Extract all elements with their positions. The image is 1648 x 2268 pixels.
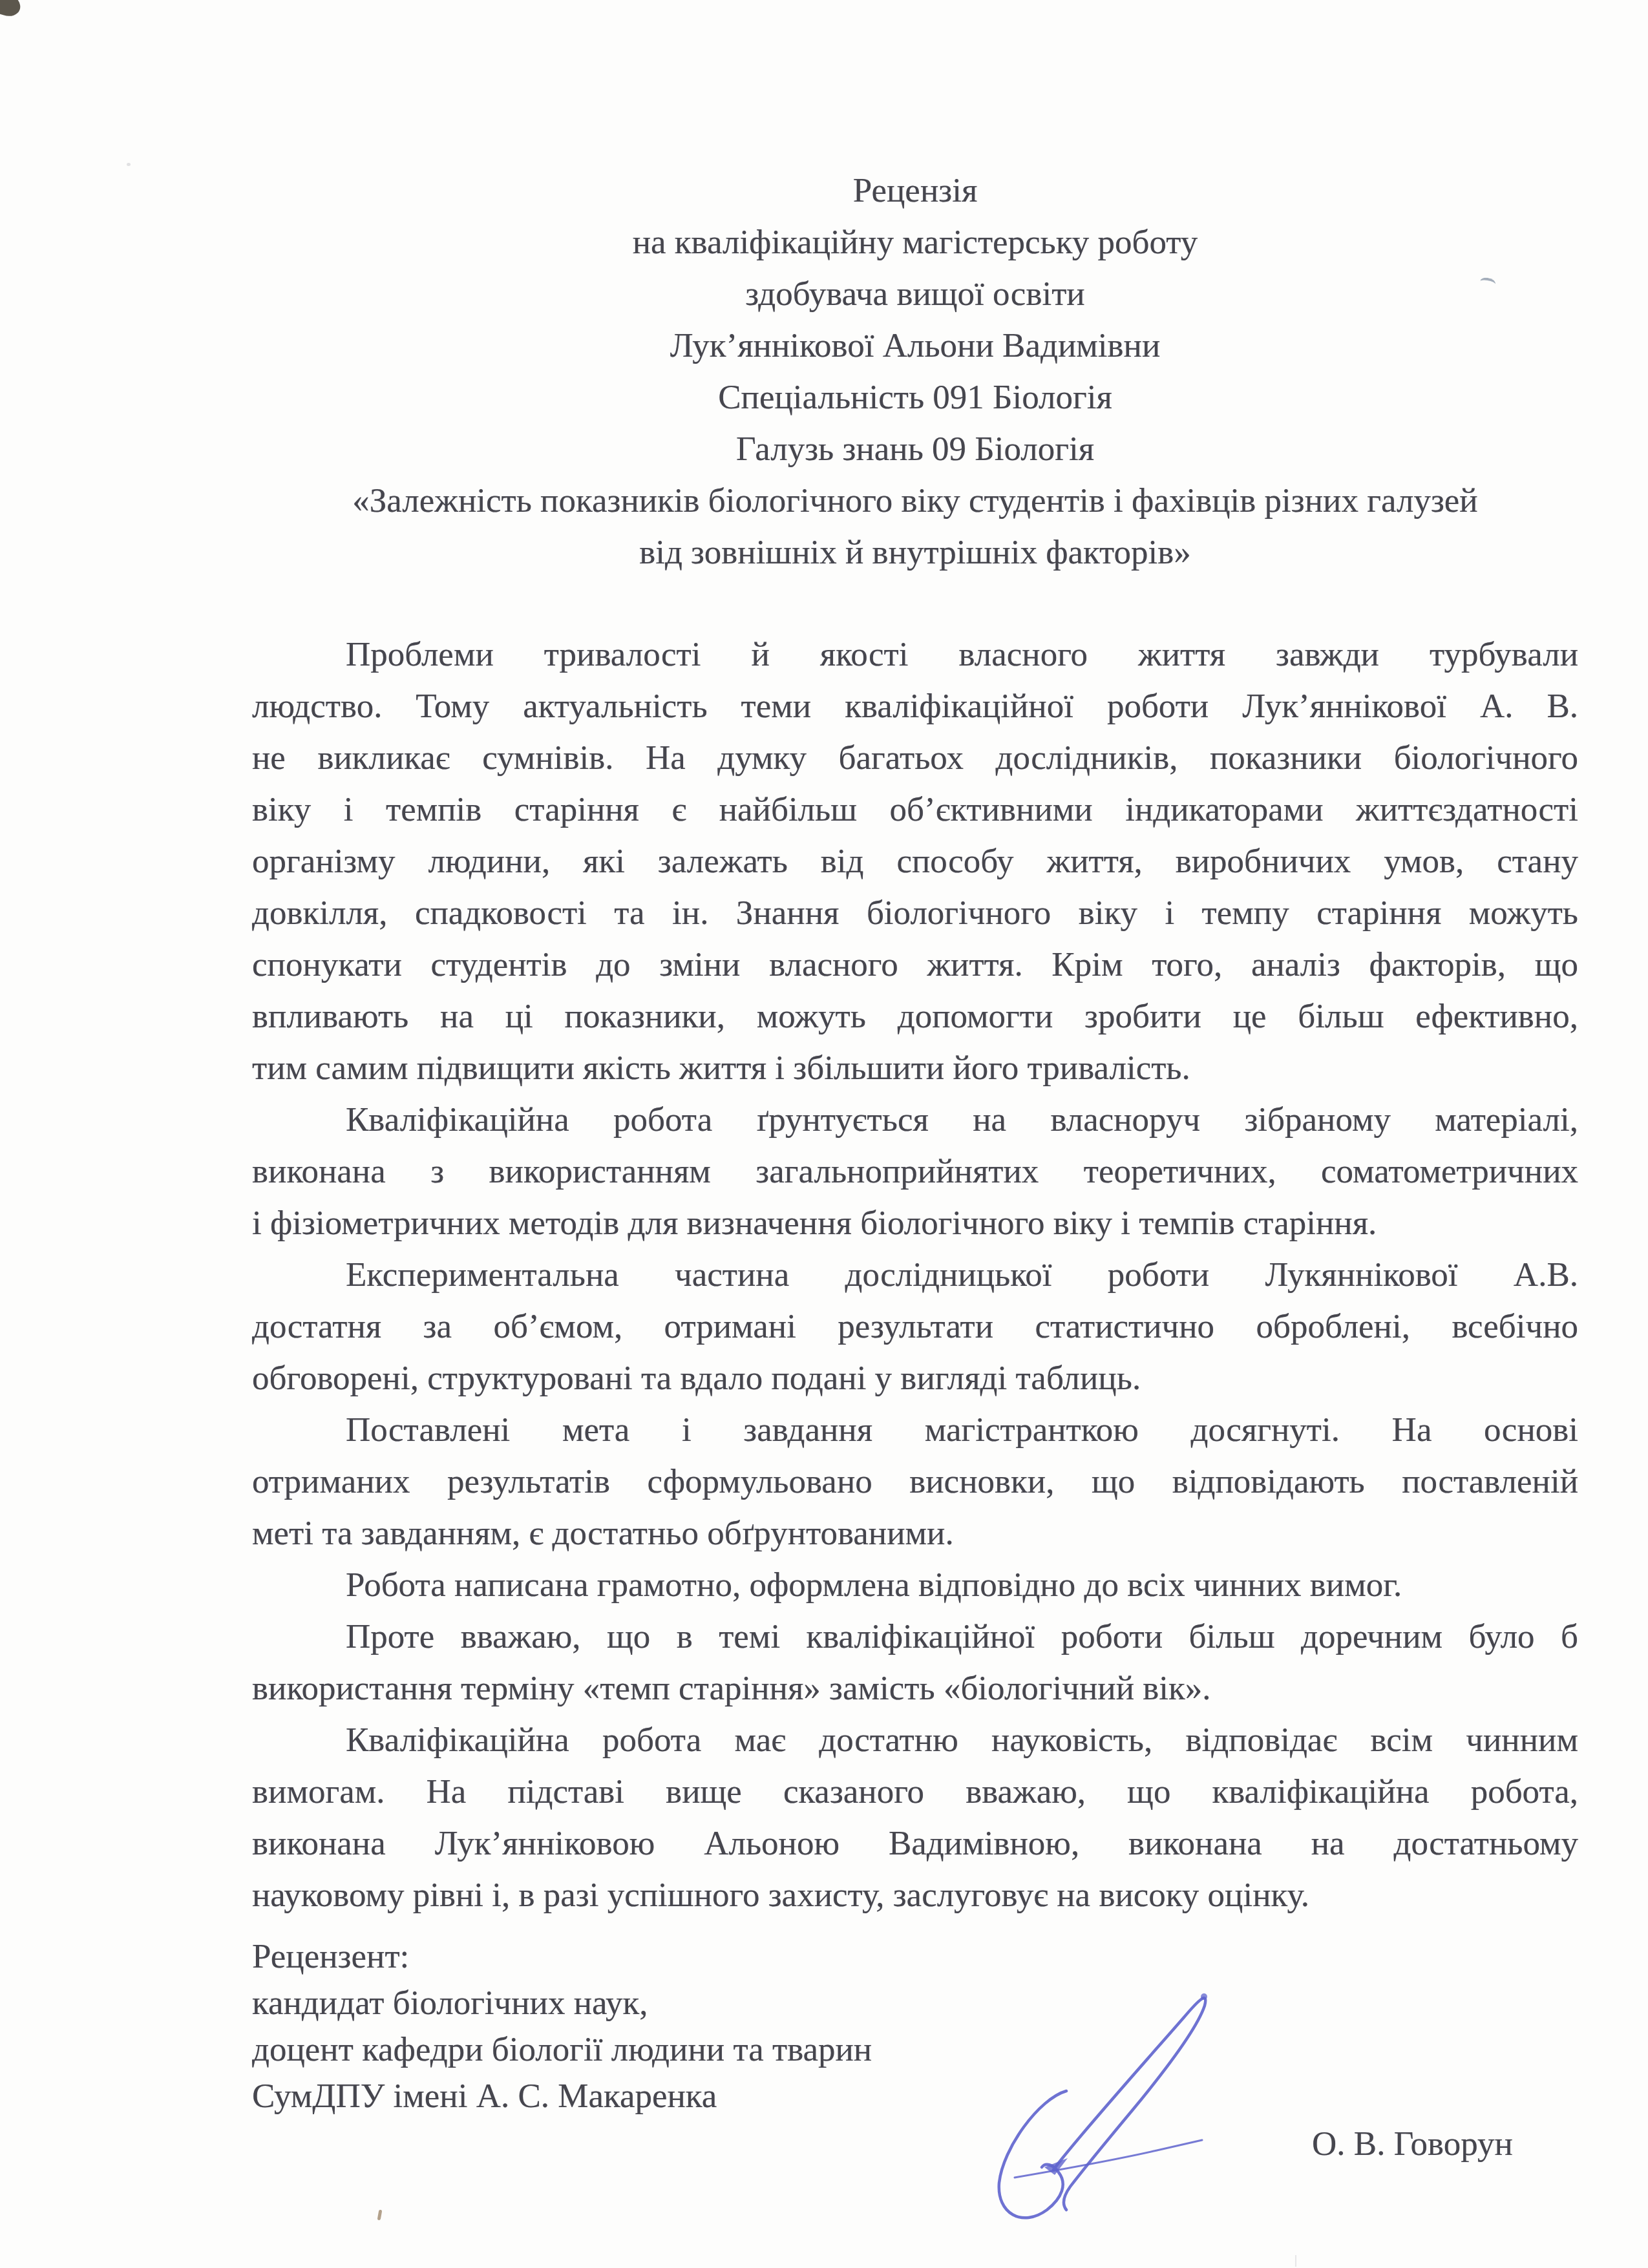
scan-corner-artifact: [0, 0, 23, 19]
scan-speck: [377, 2210, 383, 2221]
body-line: обговорені, структуровані та вдало подан…: [252, 1352, 1578, 1404]
title-line: Галузь знань 09 Біологія: [252, 423, 1578, 475]
body-line: тим самим підвищити якість життя і збіль…: [252, 1042, 1578, 1094]
document-content: Рецензія на кваліфікаційну магістерську …: [252, 165, 1578, 1921]
body-line: Експериментальна частина дослідницької р…: [252, 1249, 1578, 1301]
body-line: виконана з використанням загальноприйнят…: [252, 1146, 1578, 1197]
body-line: вимогам. На підставі вище сказаного вваж…: [252, 1766, 1578, 1818]
body-line: спонукати студентів до зміни власного жи…: [252, 939, 1578, 991]
paragraph: Експериментальна частина дослідницької р…: [252, 1249, 1578, 1404]
reviewer-credential-line: доцент кафедри біології людини та тварин: [252, 2026, 872, 2073]
body-line: достатня за об’ємом, отримані результати…: [252, 1301, 1578, 1352]
scanned-review-page: Рецензія на кваліфікаційну магістерську …: [0, 0, 1648, 2268]
paragraph: Проблеми тривалості й якості власного жи…: [252, 629, 1578, 1094]
body-line: Робота написана грамотно, оформлена відп…: [252, 1559, 1578, 1611]
reviewer-name: О. В. Говорун: [1312, 2121, 1513, 2167]
body-line: меті та завданням, є достатньо обґрунтов…: [252, 1507, 1578, 1559]
body-line: Проблеми тривалості й якості власного жи…: [252, 629, 1578, 680]
body-line: виконана Лук’янніковою Альоною Вадимівно…: [252, 1818, 1578, 1869]
paragraph: Кваліфікаційна робота має достатню науко…: [252, 1714, 1578, 1921]
title-line: Спеціальність 091 Біологія: [252, 372, 1578, 423]
paragraph: Проте вважаю, що в темі кваліфікаційної …: [252, 1611, 1578, 1714]
body-line: віку і темпів старіння є найбільш об’єкт…: [252, 784, 1578, 835]
body-line: отриманих результатів сформульовано висн…: [252, 1456, 1578, 1507]
reviewer-label: Рецензент:: [252, 1933, 872, 1980]
handwritten-signature: [956, 1957, 1344, 2247]
body-line: довкілля, спадковості та ін. Знання біол…: [252, 887, 1578, 939]
title-line: «Залежність показників біологічного віку…: [252, 475, 1578, 527]
body-line: використання терміну «темп старіння» зам…: [252, 1663, 1578, 1714]
paragraph: Кваліфікаційна робота ґрунтується на вла…: [252, 1094, 1578, 1249]
body-line: і фізіометричних методів для визначення …: [252, 1197, 1578, 1249]
body-line: Проте вважаю, що в темі кваліфікаційної …: [252, 1611, 1578, 1663]
body-line: не викликає сумнівів. На думку багатьох …: [252, 732, 1578, 784]
body-line: Кваліфікаційна робота ґрунтується на вла…: [252, 1094, 1578, 1146]
title-line: від зовнішніх й внутрішніх факторів»: [252, 527, 1578, 578]
reviewer-credential-line: кандидат біологічних наук,: [252, 1980, 872, 2026]
paragraph: Робота написана грамотно, оформлена відп…: [252, 1559, 1578, 1611]
reviewer-credential-line: СумДПУ імені А. С. Макаренка: [252, 2073, 872, 2119]
document-body: Проблеми тривалості й якості власного жи…: [252, 629, 1578, 1921]
scan-speck: [1295, 2255, 1296, 2267]
body-line: впливають на ці показники, можуть допомо…: [252, 991, 1578, 1042]
body-line: людство. Тому актуальність теми кваліфік…: [252, 680, 1578, 732]
body-line: Кваліфікаційна робота має достатню науко…: [252, 1714, 1578, 1766]
body-line: Поставлені мета і завдання магістранткою…: [252, 1404, 1578, 1456]
title-line: Рецензія: [252, 165, 1578, 216]
title-line: на кваліфікаційну магістерську роботу: [252, 216, 1578, 268]
body-line: організму людини, які залежать від спосо…: [252, 835, 1578, 887]
paragraph: Поставлені мета і завдання магістранткою…: [252, 1404, 1578, 1559]
title-line: здобувача вищої освіти: [252, 268, 1578, 320]
body-line: науковому рівні і, в разі успішного захи…: [252, 1869, 1578, 1921]
reviewer-block: Рецензент: кандидат біологічних наук, до…: [252, 1933, 872, 2119]
title-line: Лук’яннікової Альони Вадимівни: [252, 320, 1578, 372]
scan-speck: [127, 163, 131, 166]
document-title-block: Рецензія на кваліфікаційну магістерську …: [252, 165, 1578, 578]
